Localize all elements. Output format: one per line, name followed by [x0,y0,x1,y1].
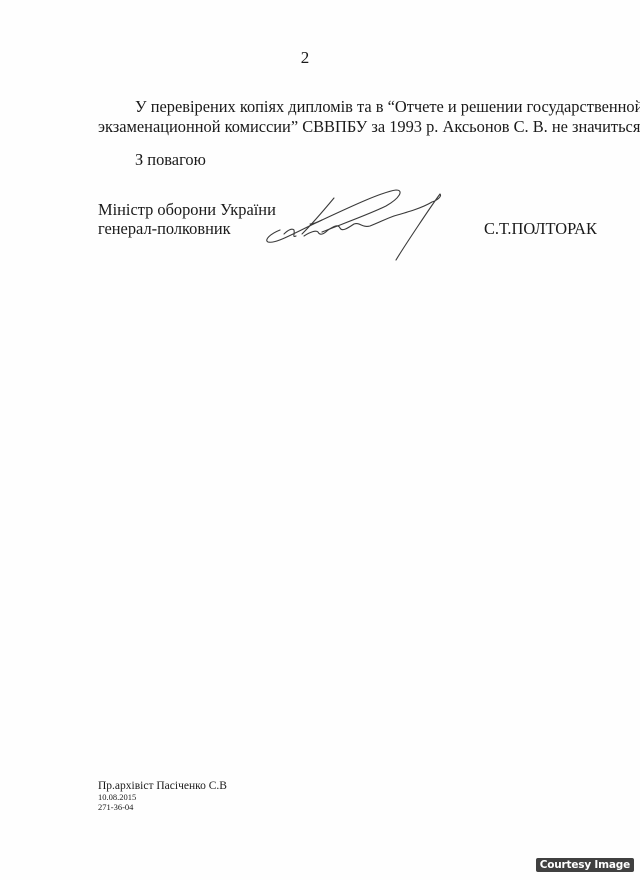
body-paragraph: У перевірених копіях дипломів та в “Отче… [98,97,604,137]
page-number: 2 [0,48,610,68]
image-credit-badge: Courtesy Image [536,858,634,872]
executor-phone: 271-36-04 [98,802,227,812]
paragraph-line: экзаменационной комиссии” СВВПБУ за 1993… [98,117,604,137]
document-date: 10.08.2015 [98,792,227,802]
signer-rank: генерал-полковник [98,219,276,238]
executor-footer: Пр.архівіст Пасіченко С.В 10.08.2015 271… [98,780,227,812]
document-page: 2 У перевірених копіях дипломів та в “От… [0,0,640,880]
executor-name: Пр.архівіст Пасіченко С.В [98,780,227,792]
signer-name: С.Т.ПОЛТОРАК [484,219,597,239]
signer-position: Міністр оборони України [98,200,276,219]
handwritten-signature [262,172,472,272]
closing-greeting: З повагою [135,150,206,170]
paragraph-line: У перевірених копіях дипломів та в “Отче… [98,97,604,117]
signer-title: Міністр оборони України генерал-полковни… [98,200,276,238]
